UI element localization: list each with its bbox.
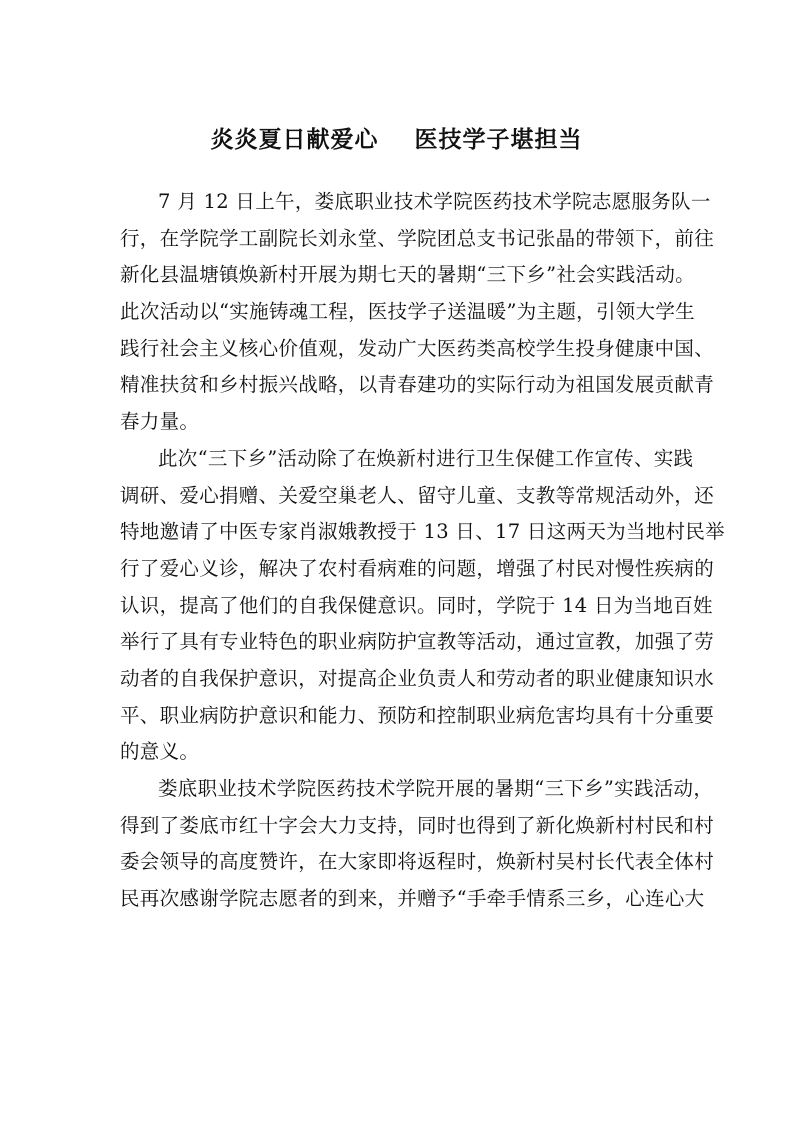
text-line: 认识，提高了他们的自我保健意识。同时，学院于 14 日为当地百姓: [120, 588, 690, 625]
text-line: 春力量。: [120, 404, 690, 441]
text-line: 调研、爱心捐赠、关爱空巢老人、留守儿童、支教等常规活动外，还: [120, 478, 690, 515]
document-page: 炎炎夏日献爱心 医技学子堪担当 7 月 12 日上午，娄底职业技术学院医药技术学…: [0, 0, 793, 1122]
text-line: 此次“三下乡”活动除了在焕新村进行卫生保健工作宣传、实践: [120, 441, 690, 478]
text-line: 特地邀请了中医专家肖淑娥教授于 13 日、17 日这两天为当地村民举: [120, 514, 690, 551]
text-line: 行，在学院学工副院长刘永堂、学院团总支书记张晶的带领下，前往: [120, 221, 690, 258]
text-line: 得到了娄底市红十字会大力支持，同时也得到了新化焕新村村民和村: [120, 808, 690, 845]
paragraph-3: 娄底职业技术学院医药技术学院开展的暑期“三下乡”实践活动， 得到了娄底市红十字会…: [120, 771, 690, 918]
text-line: 娄底职业技术学院医药技术学院开展的暑期“三下乡”实践活动，: [120, 771, 690, 808]
text-line: 7 月 12 日上午，娄底职业技术学院医药技术学院志愿服务队一: [120, 184, 690, 221]
document-body: 7 月 12 日上午，娄底职业技术学院医药技术学院志愿服务队一 行，在学院学工副…: [120, 184, 690, 918]
text-line: 新化县温塘镇焕新村开展为期七天的暑期“三下乡”社会实践活动。: [120, 257, 690, 294]
text-line: 此次活动以“实施铸魂工程，医技学子送温暖”为主题，引领大学生: [120, 294, 690, 331]
text-line: 精准扶贫和乡村振兴战略，以青春建功的实际行动为祖国发展贡献青: [120, 367, 690, 404]
text-line: 委会领导的高度赞许，在大家即将返程时，焕新村吴村长代表全体村: [120, 844, 690, 881]
text-line: 行了爱心义诊，解决了农村看病难的问题，增强了村民对慢性疾病的: [120, 551, 690, 588]
text-line: 践行社会主义核心价值观，发动广大医药类高校学生投身健康中国、: [120, 331, 690, 368]
paragraph-2: 此次“三下乡”活动除了在焕新村进行卫生保健工作宣传、实践 调研、爱心捐赠、关爱空…: [120, 441, 690, 771]
text-line: 民再次感谢学院志愿者的到来，并赠予“手牵手情系三乡，心连心大: [120, 881, 690, 918]
document-title: 炎炎夏日献爱心 医技学子堪担当: [0, 124, 793, 156]
text-line: 平、职业病防护意识和能力、预防和控制职业病危害均具有十分重要: [120, 698, 690, 735]
text-line: 动者的自我保护意识，对提高企业负责人和劳动者的职业健康知识水: [120, 661, 690, 698]
text-line: 的意义。: [120, 734, 690, 771]
paragraph-1: 7 月 12 日上午，娄底职业技术学院医药技术学院志愿服务队一 行，在学院学工副…: [120, 184, 690, 441]
text-line: 举行了具有专业特色的职业病防护宣教等活动，通过宣教，加强了劳: [120, 624, 690, 661]
